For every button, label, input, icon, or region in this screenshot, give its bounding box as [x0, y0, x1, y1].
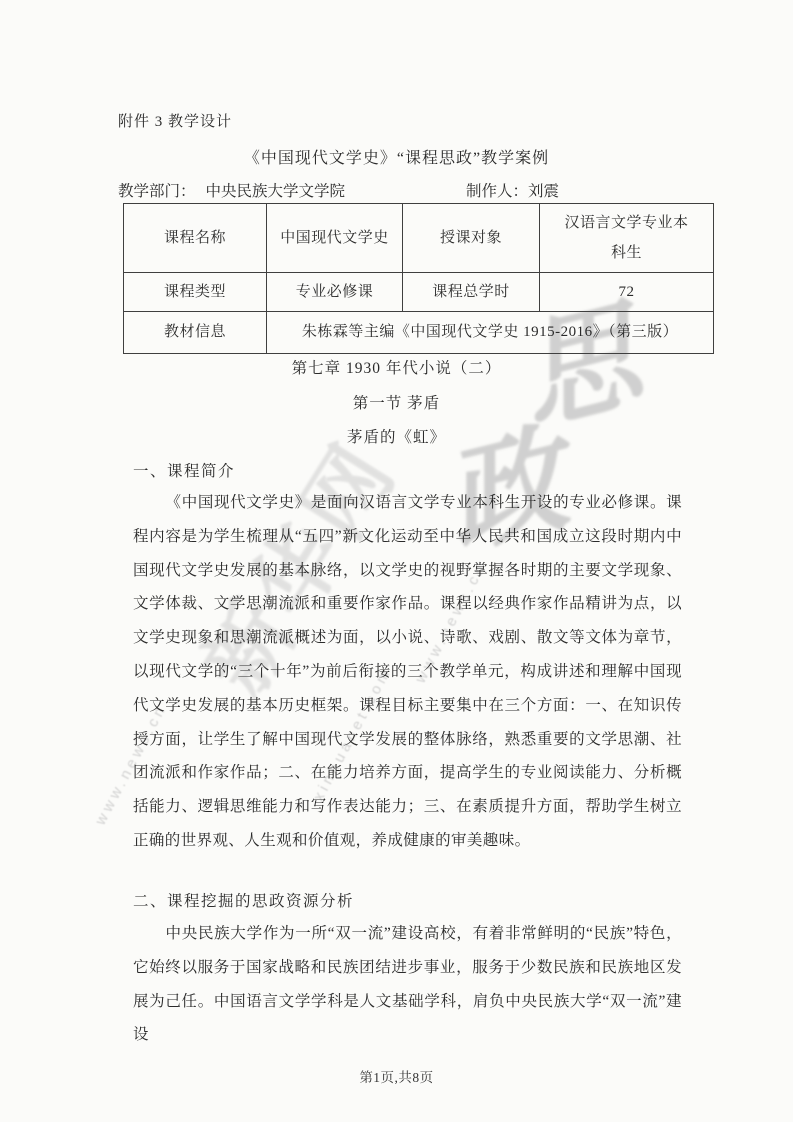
- ideological-resources-paragraph: 中央民族大学作为一所“双一流”建设高校，有着非常鲜明的“民族”特色，它始终以服务…: [133, 917, 682, 1052]
- textbook-value: 朱栋霖等主编《中国现代文学史 1915-2016》（第三版）: [267, 312, 714, 354]
- document-page: 思 政 新华网 www.news.cn xinhuanet.com www.ne…: [0, 0, 793, 1122]
- course-info-table: 课程名称 中国现代文学史 授课对象 汉语言文学专业本科生 课程类型 专业必修课 …: [123, 203, 714, 354]
- section-heading: 第一节 茅盾: [0, 391, 793, 413]
- maker-field: 制作人：刘震: [466, 179, 559, 201]
- attachment-label: 附件 3 教学设计: [118, 110, 232, 131]
- audience-value: 汉语言文学专业本科生: [540, 204, 714, 273]
- table-row: 教材信息 朱栋霖等主编《中国现代文学史 1915-2016》（第三版）: [124, 312, 714, 354]
- department-label: 教学部门：: [118, 183, 196, 200]
- heading-course-intro: 一、课程简介: [133, 459, 235, 481]
- course-name-label: 课程名称: [124, 204, 267, 273]
- course-type-value: 专业必修课: [267, 273, 403, 312]
- table-row: 课程名称 中国现代文学史 授课对象 汉语言文学专业本科生: [124, 204, 714, 273]
- chapter-heading: 第七章 1930 年代小说（二）: [0, 356, 793, 378]
- department-field: 教学部门：中央民族大学文学院: [118, 179, 345, 201]
- document-title: 《中国现代文学史》“课程思政”教学案例: [0, 145, 793, 168]
- subsection-heading: 茅盾的《虹》: [0, 425, 793, 447]
- department-value: 中央民族大学文学院: [206, 183, 346, 200]
- table-row: 课程类型 专业必修课 课程总学时 72: [124, 273, 714, 312]
- course-name-value: 中国现代文学史: [267, 204, 403, 273]
- course-intro-paragraph: 《中国现代文学史》是面向汉语言文学专业本科生开设的专业必修课。课程内容是为学生梳…: [133, 486, 682, 858]
- heading-ideological-resources: 二、课程挖掘的思政资源分析: [133, 889, 354, 911]
- maker-label: 制作人：: [466, 183, 528, 200]
- total-hours-label: 课程总学时: [403, 273, 540, 312]
- content-layer: 附件 3 教学设计 《中国现代文学史》“课程思政”教学案例 教学部门：中央民族大…: [0, 0, 793, 1122]
- total-hours-value: 72: [540, 273, 714, 312]
- audience-label: 授课对象: [403, 204, 540, 273]
- textbook-label: 教材信息: [124, 312, 267, 354]
- course-type-label: 课程类型: [124, 273, 267, 312]
- page-number-footer: 第1页,共8页: [0, 1066, 793, 1086]
- maker-value: 刘震: [528, 183, 559, 200]
